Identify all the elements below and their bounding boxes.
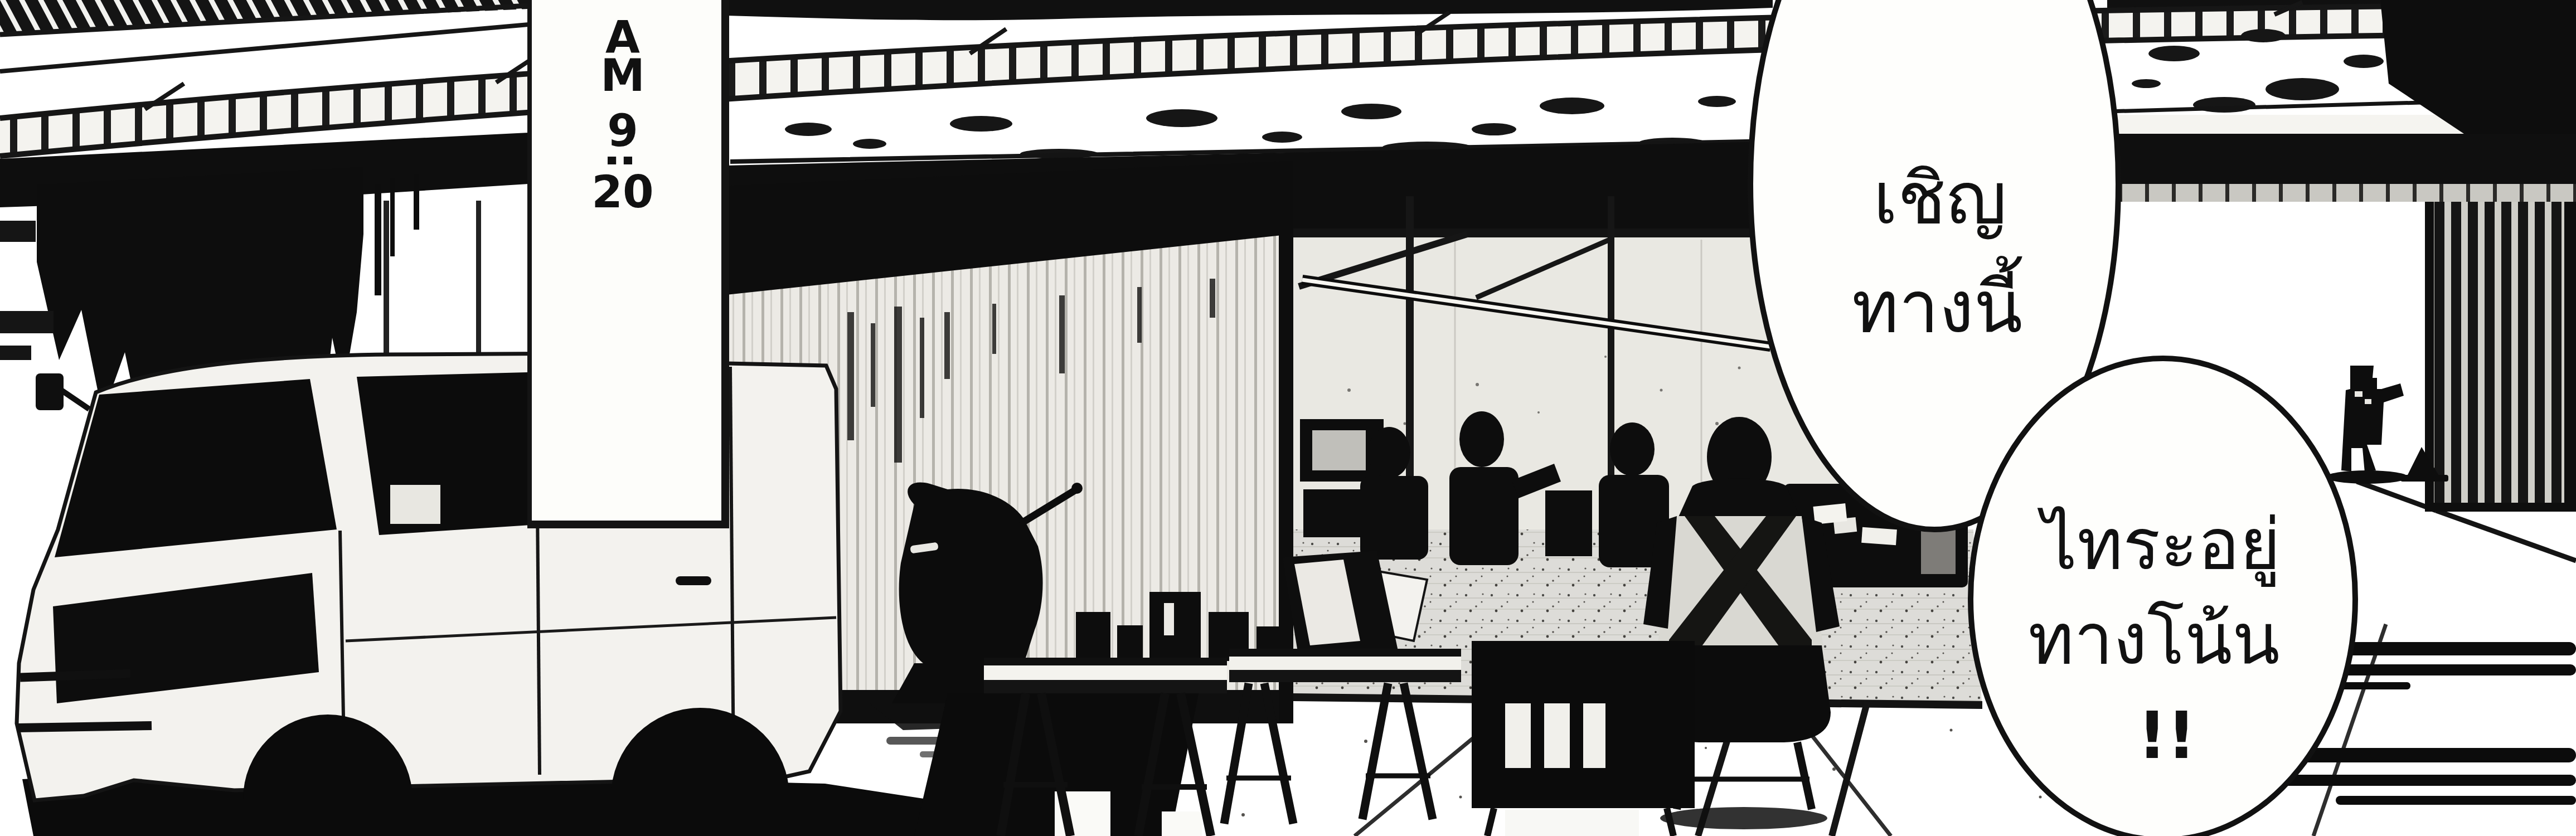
speech-1-line-2: ทางนี้: [1852, 256, 2023, 349]
van-mirror: [36, 373, 64, 410]
van-door-window: [357, 372, 531, 535]
person-head: [1610, 422, 1655, 476]
speech-1-line-1: เชิญ: [1873, 157, 2007, 240]
speech-2-line-3: !!: [2138, 699, 2196, 774]
van-door-handle: [676, 576, 711, 585]
manga-panel: A M 9 : 20 เชิญ ทางนี้ ไทระอยู่ ทางโน้น …: [0, 0, 2576, 836]
caption-box: A M 9 : 20: [527, 0, 729, 528]
slatted-door: [2433, 202, 2570, 512]
speech-2-line-2: ทางโน้น: [2028, 599, 2280, 680]
van-windshield: [55, 379, 337, 557]
caption-line-9: 9: [607, 105, 638, 157]
caption-line-m: M: [600, 50, 645, 101]
person-head: [1459, 411, 1504, 467]
speech-2-line-1: ไทระอยู่: [2037, 504, 2281, 587]
caption-line-20: 20: [591, 166, 653, 218]
speech-bubble-2: ไทระอยู่ ทางโน้น !!: [1971, 358, 2355, 836]
person-head: [1368, 427, 1410, 478]
